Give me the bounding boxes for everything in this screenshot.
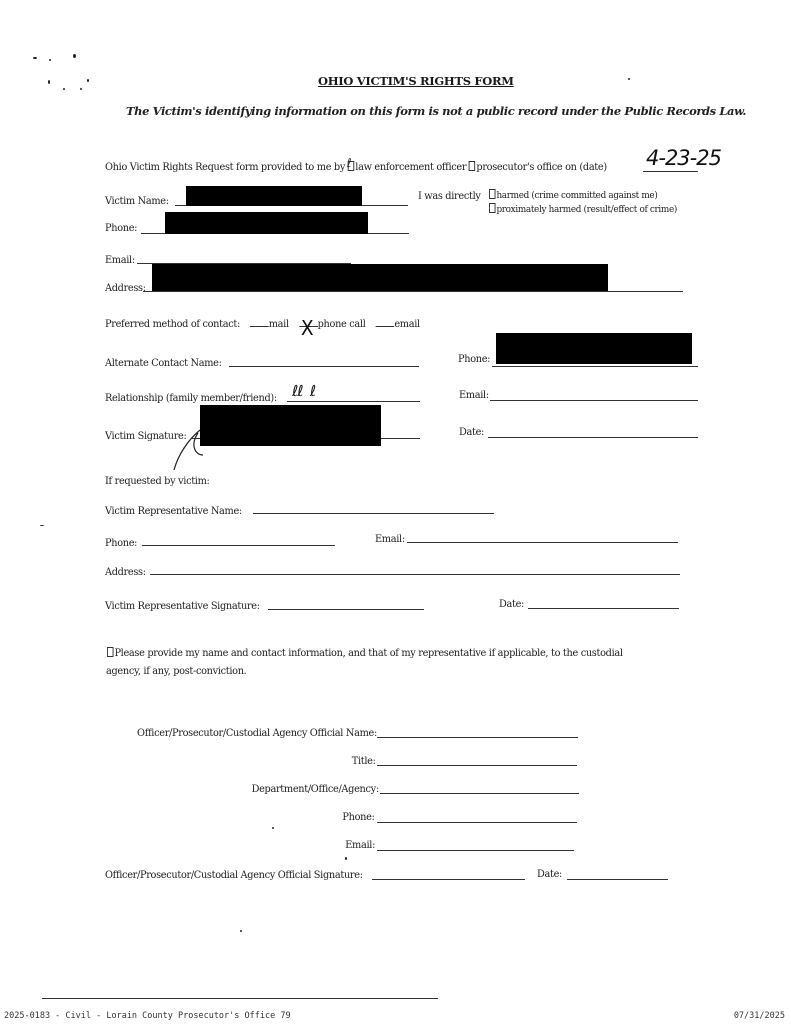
victim-name-label: Victim Name: [105, 195, 169, 207]
provided-by-row: Ohio Victim Rights Request form provided… [105, 161, 607, 173]
scan-speck [628, 78, 630, 80]
provided-date-line [643, 171, 698, 172]
provided-date-handwritten[interactable]: 4-23-25 [646, 146, 721, 170]
contact-method-row: Preferred method of contact: mail Xphone… [105, 318, 420, 330]
contact-method-label: Preferred method of contact: [105, 318, 240, 330]
phone-call-option-label: phone call [318, 318, 366, 330]
mail-blank[interactable] [250, 326, 269, 327]
proximately-harmed-label: proximately harmed (result/effect of cri… [496, 204, 677, 215]
form-subtitle: The Victim's identifying information on … [126, 104, 746, 118]
official-phone-line[interactable] [377, 822, 577, 823]
rep-signature-label: Victim Representative Signature: [105, 600, 260, 612]
victim-address-line [143, 291, 683, 292]
alternate-phone-label: Phone: [458, 353, 490, 365]
proximately-harmed-checkbox[interactable] [489, 203, 496, 213]
victim-phone-label: Phone: [105, 222, 137, 234]
rep-email-line[interactable] [407, 542, 678, 543]
official-name-label: Officer/Prosecutor/Custodial Agency Offi… [137, 727, 377, 739]
post-conviction-row[interactable]: Please provide my name and contact infor… [107, 647, 623, 659]
signature-stroke-icon [170, 425, 210, 475]
law-enforcement-checkbox[interactable]: ℓ [348, 161, 355, 171]
email-option-label: email [394, 318, 419, 330]
official-department-line[interactable] [380, 793, 579, 794]
scan-speck [48, 80, 50, 84]
alternate-name-line[interactable] [229, 366, 419, 367]
alternate-phone-redaction [496, 333, 692, 364]
official-date-label: Date: [537, 868, 562, 880]
representative-heading: If requested by victim: [105, 475, 210, 487]
post-conviction-text-line1: Please provide my name and contact infor… [114, 647, 622, 659]
alternate-phone-line [492, 366, 698, 367]
official-date-line[interactable] [567, 879, 668, 880]
rep-address-label: Address: [105, 566, 146, 578]
footer-date: 07/31/2025 [734, 1011, 785, 1021]
alternate-email-line[interactable] [490, 400, 698, 401]
footer-case-id: 2025-0183 - Civil - Lorain County Prosec… [4, 1011, 291, 1021]
scan-speck [80, 88, 82, 90]
harm-label: I was directly [418, 190, 481, 202]
rep-phone-line[interactable] [142, 545, 335, 546]
bottom-rule [42, 998, 438, 999]
harm-option-direct[interactable]: harmed (crime committed against me) [489, 189, 657, 201]
victim-signature-redaction [200, 405, 381, 446]
prosecutor-checkbox[interactable] [469, 161, 476, 171]
rep-date-line[interactable] [528, 608, 679, 609]
mail-option-label: mail [269, 318, 289, 330]
scan-speck [87, 79, 89, 82]
relationship-line[interactable] [287, 401, 420, 402]
rep-date-label: Date: [499, 598, 524, 610]
victim-phone-redaction [165, 212, 368, 234]
official-title-line[interactable] [377, 765, 577, 766]
post-conviction-checkbox[interactable] [107, 647, 114, 657]
official-signature-line[interactable] [372, 879, 525, 880]
rep-address-line[interactable] [150, 574, 680, 575]
alternate-name-label: Alternate Contact Name: [105, 357, 222, 369]
law-enforcement-label: law enforcement officer [355, 161, 466, 173]
scan-speck [33, 57, 37, 59]
harm-option-proximate[interactable]: proximately harmed (result/effect of cri… [489, 203, 677, 215]
rep-name-label: Victim Representative Name: [105, 505, 242, 517]
phone-call-blank[interactable]: X [299, 326, 318, 327]
relationship-label: Relationship (family member/friend): [105, 392, 277, 404]
official-email-label: Email: [345, 839, 375, 851]
relationship-handwriting: ℓℓ ℓ [292, 382, 315, 400]
official-department-label: Department/Office/Agency: [252, 783, 379, 795]
official-phone-label: Phone: [343, 811, 375, 823]
victim-address-label: Address: [105, 282, 146, 294]
victim-signature-date-label: Date: [459, 426, 484, 438]
prosecutor-label: prosecutor's office on (date) [476, 161, 606, 173]
victim-address-redaction [152, 264, 608, 291]
scan-speck [345, 857, 347, 860]
scan-speck [240, 930, 242, 932]
check-mark-icon: ℓ [347, 156, 351, 170]
official-title-label: Title: [352, 755, 376, 767]
form-title: OHIO VICTIM'S RIGHTS FORM [318, 74, 514, 88]
victim-email-label: Email: [105, 254, 135, 266]
alternate-email-label: Email: [459, 389, 489, 401]
rep-name-line[interactable] [253, 513, 494, 514]
rep-signature-line[interactable] [268, 609, 424, 610]
victim-signature-date-line[interactable] [488, 437, 698, 438]
scan-speck [49, 59, 51, 61]
harmed-label: harmed (crime committed against me) [496, 190, 657, 201]
official-email-line[interactable] [377, 850, 574, 851]
rep-phone-label: Phone: [105, 537, 137, 549]
victim-name-redaction [186, 186, 362, 206]
scan-speck [63, 88, 65, 90]
post-conviction-text-line2: agency, if any, post-conviction. [106, 665, 246, 677]
provided-by-label: Ohio Victim Rights Request form provided… [105, 161, 345, 173]
scan-speck [272, 827, 274, 829]
x-mark-icon: X [301, 316, 313, 340]
email-blank[interactable] [376, 326, 395, 327]
scan-speck [73, 54, 76, 58]
rep-email-label: Email: [375, 533, 405, 545]
harmed-checkbox[interactable] [489, 189, 496, 199]
scan-speck [40, 525, 44, 526]
official-signature-label: Officer/Prosecutor/Custodial Agency Offi… [105, 869, 363, 881]
official-name-line[interactable] [377, 737, 578, 738]
